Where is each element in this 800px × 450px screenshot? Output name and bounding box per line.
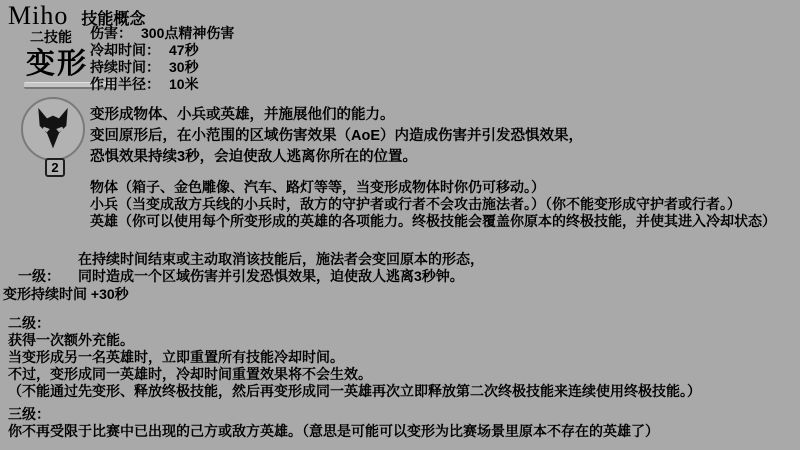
stat-duration: 持续时间： 30秒 — [90, 59, 234, 76]
description-line: 变回原形后，在小范围的区域伤害效果（AoE）内造成伤害并引发恐惧效果， — [90, 126, 583, 147]
level3-label: 三级： — [8, 406, 659, 423]
stat-label: 作用半径： — [90, 76, 160, 93]
stat-damage: 伤害： 300点精神伤害 — [90, 25, 234, 42]
form-minion-line: 小兵（当变成敌方兵线的小兵时，敌方的守护者或行者不会攻击施法者。）（你不能变形成… — [90, 196, 776, 213]
stat-cooldown: 冷却时间： 47秒 — [90, 42, 234, 59]
stat-label: 持续时间： — [90, 59, 160, 76]
level3-line: 你不再受限于比赛中已出现的己方或敌方英雄。（意思是可能可以变形为比赛场景里原本不… — [8, 423, 659, 440]
form-object-line: 物体（箱子、金色雕像、汽车、路灯等等，当变形成物体时你仍可移动。） — [90, 179, 776, 196]
stat-label: 冷却时间： — [90, 42, 160, 59]
stat-value: 300点精神伤害 — [141, 25, 234, 42]
description-line: 变形成物体、小兵或英雄，并施展他们的能力。 — [90, 105, 583, 126]
level1-label: 一级： — [18, 266, 60, 286]
skill-concept-page: Miho 技能概念 二技能 变形 2 伤害： 300点精神伤害 冷却时间： 47… — [0, 0, 800, 450]
fox-head-icon — [30, 103, 76, 155]
level2-line: （不能通过先变形、释放终极技能，然后再变形成同一英雄再次立即释放第二次终极技能来… — [8, 383, 701, 400]
stat-label: 伤害： — [90, 25, 132, 42]
level2-line: 当变形成另一名英雄时，立即重置所有技能冷却时间。 — [8, 349, 701, 366]
skill-name: 变形 — [26, 41, 88, 82]
level1-duration-bonus: 变形持续时间 +30秒 — [3, 284, 129, 304]
level2-line: 不过，变形成同一英雄时，冷却时间重置效果将不会生效。 — [8, 366, 701, 383]
stat-value: 10米 — [169, 76, 199, 93]
stat-value: 47秒 — [169, 42, 199, 59]
form-hero-line: 英雄（你可以使用每个所变形成的英雄的各项能力。终极技能会覆盖你原本的终极技能，并… — [90, 213, 776, 230]
level2-section: 二级： 获得一次额外充能。 当变形成另一名英雄时，立即重置所有技能冷却时间。 不… — [8, 315, 701, 400]
skill-icon — [21, 97, 85, 161]
skill-hotkey-badge: 2 — [45, 158, 65, 177]
stat-radius: 作用半径： 10米 — [90, 76, 234, 93]
stat-value: 30秒 — [169, 59, 199, 76]
description-line: 恐惧效果持续3秒，会迫使敌人逃离你所在的位置。 — [90, 147, 583, 168]
level3-section: 三级： 你不再受限于比赛中已出现的己方或敌方英雄。（意思是可能可以变形为比赛场景… — [8, 406, 659, 440]
skill-stats: 伤害： 300点精神伤害 冷却时间： 47秒 持续时间： 30秒 作用半径： 1… — [90, 25, 234, 93]
level2-label: 二级： — [8, 315, 701, 332]
transform-forms-notes: 物体（箱子、金色雕像、汽车、路灯等等，当变形成物体时你仍可移动。） 小兵（当变成… — [90, 179, 776, 230]
level2-line: 获得一次额外充能。 — [8, 332, 701, 349]
level1-revert-line2: 同时造成一个区域伤害并引发恐惧效果，迫使敌人逃离3秒钟。 — [78, 266, 464, 286]
skill-description: 变形成物体、小兵或英雄，并施展他们的能力。 变回原形后，在小范围的区域伤害效果（… — [90, 105, 583, 168]
